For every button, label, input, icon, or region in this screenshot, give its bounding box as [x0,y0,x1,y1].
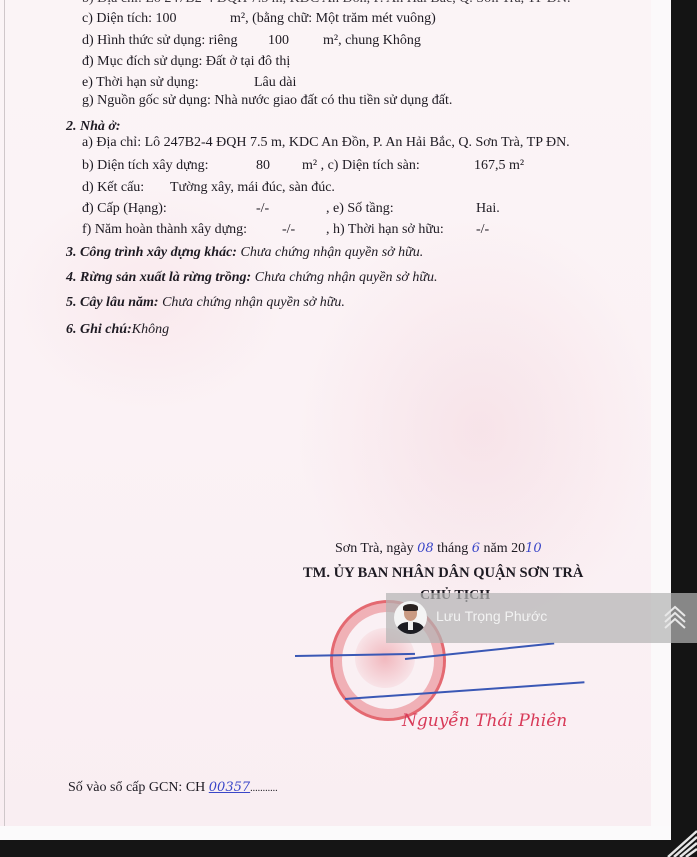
house-floors-label: , e) Số tầng: [326,201,394,217]
house-structure-label: d) Kết cấu: [82,180,144,196]
page-edge [4,0,5,835]
section-value: Không [132,322,169,337]
house-floor-area-value: 167,5 m² [474,158,524,174]
house-year-label: f) Năm hoàn thành xây dựng: [82,222,247,238]
expand-layers-icon[interactable] [662,604,688,632]
land-address-line: b) Địa chỉ: Lô 247B2-4 ĐQH 7.5 m, KDC An… [82,0,570,7]
section-perennial-trees: 5. Cây lâu năm: Chưa chứng nhận quyền sở… [66,295,345,311]
section-heading: 3. Công trình xây dựng khác: [66,245,237,260]
date-month: 6 [472,541,480,556]
document-page: b) Địa chỉ: Lô 247B2-4 ĐQH 7.5 m, KDC An… [0,0,671,840]
house-build-area-unit: m² , c) Diện tích sàn: [302,158,420,174]
house-build-area-label: b) Diện tích xây dựng: [82,158,209,174]
house-address: a) Địa chỉ: Lô 247B2-4 ĐQH 7.5 m, KDC An… [82,135,570,151]
land-purpose: đ) Mục đích sử dụng: Đất ở tại đô thị [82,54,290,70]
house-ownership-term-label: , h) Thời hạn sở hữu: [326,222,444,238]
land-area-label: c) Diện tích: 100 [82,11,176,27]
section-value: Chưa chứng nhận quyền sở hữu. [255,270,438,285]
section-value: Chưa chứng nhận quyền sở hữu. [162,295,345,310]
section-planted-forest: 4. Rừng sản xuất là rừng trồng: Chưa chứ… [66,270,438,286]
section-value: Chưa chứng nhận quyền sở hữu. [240,245,423,260]
date-year-suffix: 10 [525,541,542,556]
page-bottom-margin [0,826,671,840]
section-other-works: 3. Công trình xây dựng khác: Chưa chứng … [66,245,423,261]
house-floors-value: Hai. [476,201,500,217]
date-month-label: tháng [437,541,468,556]
section-heading: 6. Ghi chú: [66,322,132,337]
date-prefix: Sơn Trà, ngày [335,541,414,556]
land-usage-form: d) Hình thức sử dụng: riêng [82,33,238,49]
registry-label: Số vào sổ cấp GCN: CH [68,780,205,795]
date-year-label: năm 20 [484,541,526,556]
registry-value: 00357 [209,780,250,795]
signer-name: Nguyễn Thái Phiên [402,713,567,729]
house-year-value: -/- [282,222,295,238]
watermark-logo-icon [662,828,697,857]
house-structure-value: Tường xây, mái đúc, sàn đúc. [170,180,335,196]
section-heading: 4. Rừng sản xuất là rừng trồng: [66,270,251,285]
land-area-words: m², (bằng chữ: Một trăm mét vuông) [230,11,436,27]
registry-dots: ........... [250,783,278,794]
house-build-area-value: 80 [256,158,270,174]
registry-number: Số vào sổ cấp GCN: CH 00357........... [68,780,278,797]
signature-date: Sơn Trà, ngày 08 tháng 6 năm 2010 [335,541,542,557]
signature-authority: TM. ỦY BAN NHÂN DÂN QUẬN SƠN TRÀ [303,565,583,581]
user-avatar[interactable] [394,601,427,634]
house-ownership-term-value: -/- [476,222,489,238]
land-term-label: e) Thời hạn sử dụng: [82,75,199,91]
house-grade-label: đ) Cấp (Hạng): [82,201,167,217]
house-grade-value: -/- [256,201,269,217]
land-usage-private: 100 [268,33,289,49]
house-heading: 2. Nhà ở: [66,119,121,135]
land-term-value: Lâu dài [254,75,296,91]
section-notes: 6. Ghi chú:Không [66,322,169,338]
land-usage-common: m², chung Không [323,33,421,49]
viewer-bottom-bar [0,840,697,857]
date-day: 08 [417,541,434,556]
poster-name[interactable]: Lưu Trọng Phước [436,608,547,624]
section-heading: 5. Cây lâu năm: [66,295,159,310]
land-origin: g) Nguồn gốc sử dụng: Nhà nước giao đất … [82,93,452,109]
page-right-margin [651,0,671,840]
